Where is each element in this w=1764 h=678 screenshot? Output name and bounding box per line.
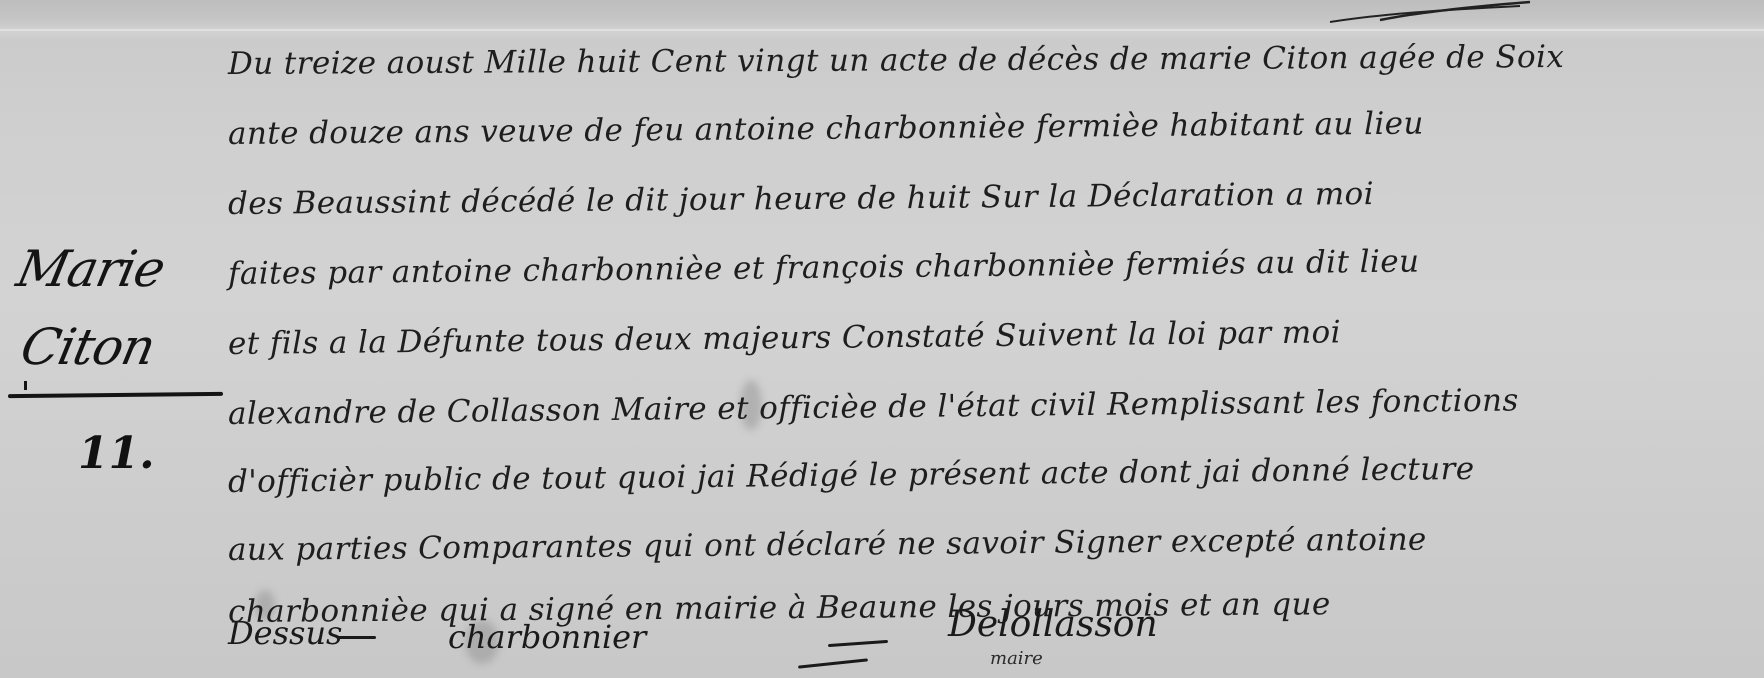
signature-block: Dessus charbonnier Delollasson maire [228,612,1428,678]
record-line-7: d'officièr public de tout quoi jai Rédig… [228,451,1475,500]
record-line-5: et fils a la Défunte tous deux majeurs C… [228,314,1341,362]
margin-underline [8,392,223,398]
record-line-8: aux parties Comparantes qui ont déclaré … [228,522,1427,568]
entry-number: 11. [78,428,155,479]
signature-dash [338,636,376,639]
signature-mayor: Delollasson [948,604,1158,645]
margin-column: Marie Citon 11. [0,0,230,678]
record-line-3: des Beaussint décédé le dit jour heure d… [228,176,1374,222]
closing-word: Dessus [228,614,342,652]
record-line-2: ante douze ans veuve de feu antoine char… [228,106,1424,152]
margin-first-name: Marie [12,240,170,298]
signature-charbonnier: charbonnier [448,618,646,656]
previous-entry-flourish [1320,0,1540,24]
margin-tick-mark [24,381,27,390]
paper-fold-line [0,29,1764,31]
record-line-6: alexandre de Collasson Maire et officièe… [228,382,1519,432]
signature-dash [828,640,888,647]
signature-paraph [798,658,868,668]
signature-mayor-title: maire [990,648,1043,669]
record-line-4: faites par antoine charbonnièe et franço… [228,244,1420,292]
record-line-1: Du treize aoust Mille huit Cent vingt un… [228,39,1564,82]
margin-last-name: Citon [16,318,160,376]
document-page: Marie Citon 11. Du treize aoust Mille hu… [0,0,1764,678]
